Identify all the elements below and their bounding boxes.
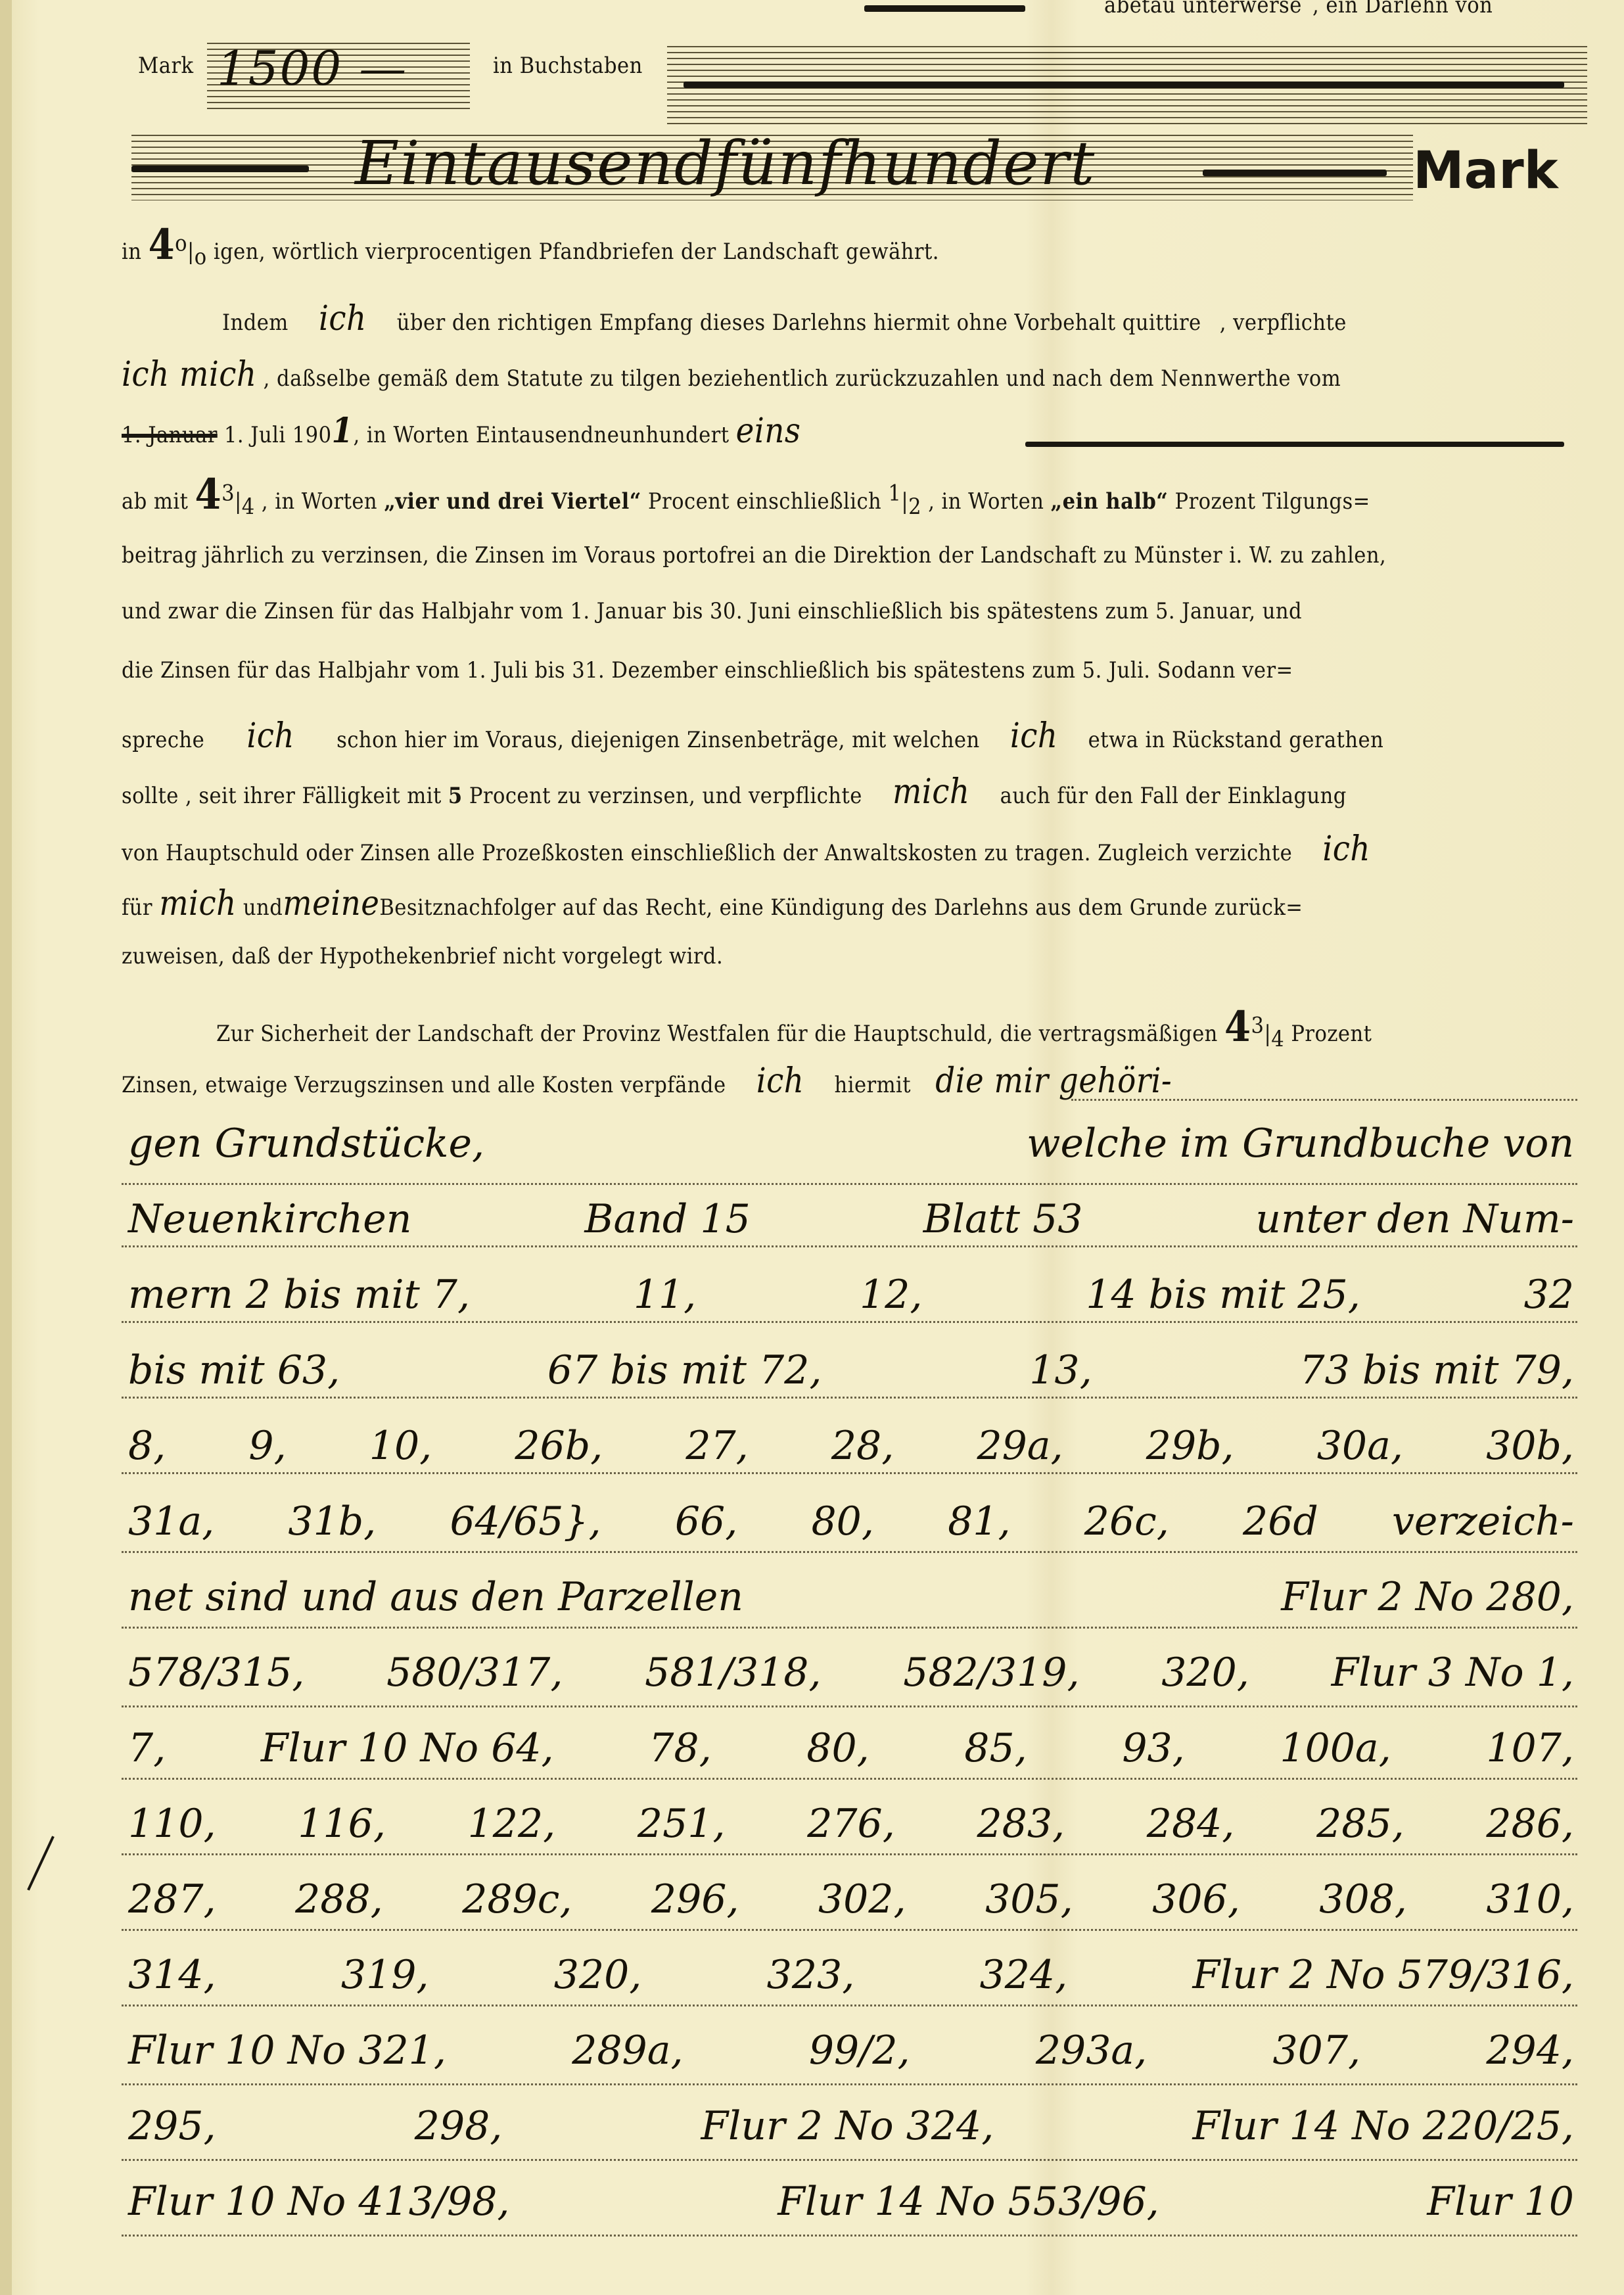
hw-row-13: Flur 10 No 321,289a,99/2,293a,307,294, <box>128 2028 1574 2074</box>
dash-right <box>1203 170 1387 176</box>
hw-row-8: 578/315,580/317,581/318,582/319,320,Flur… <box>128 1650 1574 1696</box>
amount-unit: Mark <box>1413 141 1558 200</box>
hw-row-1: gen Grundstücke,welche im Grundbuche von <box>128 1121 1574 1167</box>
dotted-rule <box>122 1183 1577 1185</box>
page-edge <box>0 0 12 2295</box>
hw-row-9: 7,Flur 10 No 64,78,80,85,93,100a,107, <box>128 1725 1574 1771</box>
p1-line-10: von Hauptschuld oder Zinsen alle Prozeßk… <box>122 829 1435 869</box>
dotted-rule <box>122 2005 1577 2006</box>
amount-digits: 1500 — <box>217 41 407 96</box>
dotted-rule <box>122 1929 1577 1931</box>
amount-words: Eintausendfünfhundert <box>355 128 1096 198</box>
p1-line-9: sollte , seit ihrer Fälligkeit mit 5 Pro… <box>122 772 1435 812</box>
p1-line-11: für mich undmeineBesitznachfolger auf da… <box>122 884 1435 923</box>
hw-row-10: 110,116,122,251,276,283,284,285,286, <box>128 1801 1574 1847</box>
p1-line-5: beitrag jährlich zu verzinsen, die Zinse… <box>122 542 1435 568</box>
p1-line-1: Indem ich über den richtigen Empfang die… <box>122 299 1535 338</box>
hw-row-4: bis mit 63,67 bis mit 72,13,73 bis mit 7… <box>128 1347 1574 1393</box>
dotted-rule <box>122 1705 1577 1707</box>
p1-line-4: ab mit 43|4 , in Worten „vier und drei V… <box>122 470 1435 520</box>
p2-line-2: Zinsen, etwaige Verzugszinsen und alle K… <box>122 1061 1435 1101</box>
hw-row-6: 31a,31b,64/65},66,80,81,26c,26dverzeich- <box>128 1498 1574 1544</box>
amount-prefix: Mark <box>138 53 194 79</box>
letters-fill-bar <box>684 81 1564 88</box>
hw-row-15: Flur 10 No 413/98,Flur 14 No 553/96,Flur… <box>128 2179 1574 2225</box>
fill-bar <box>864 5 1025 12</box>
dotted-rule <box>122 1321 1577 1323</box>
amount-letters-label: in Buchstaben <box>493 53 643 79</box>
p1-line-2: ich mich , daßselbe gemäß dem Statute zu… <box>122 355 1435 394</box>
hw-row-5: 8,9,10,26b,27,28,29a,29b,30a,30b, <box>128 1423 1574 1469</box>
pfandbrief-line: in 4o|o igen, wörtlich vierprocentigen P… <box>122 220 939 270</box>
fill-bar-year <box>1025 442 1564 447</box>
dotted-rule <box>122 1245 1577 1247</box>
dotted-rule <box>122 2083 1577 2085</box>
dotted-rule <box>122 1397 1577 1399</box>
dotted-rule <box>122 2235 1577 2237</box>
dash-left <box>131 166 309 172</box>
hw-row-11: 287,288,289c,296,302,305,306,308,310, <box>128 1876 1574 1922</box>
p1-line-6: und zwar die Zinsen für das Halbjahr vom… <box>122 598 1435 624</box>
dotted-rule <box>122 1853 1577 1855</box>
hw-row-2: NeuenkirchenBand 15Blatt 53unter den Num… <box>128 1196 1574 1242</box>
dotted-rule <box>1071 1099 1577 1101</box>
margin-mark <box>27 1836 55 1890</box>
hw-row-14: 295,298,Flur 2 No 324,Flur 14 No 220/25, <box>128 2103 1574 2149</box>
dotted-rule <box>122 1551 1577 1553</box>
p1-line-7: die Zinsen für das Halbjahr vom 1. Juli … <box>122 657 1435 684</box>
dotted-rule <box>122 2159 1577 2161</box>
p1-line-12: zuweisen, daß der Hypothekenbrief nicht … <box>122 943 1435 969</box>
p1-line-8: spreche ich schon hier im Voraus, diejen… <box>122 716 1435 756</box>
hw-row-7: net sind und aus den ParzellenFlur 2 No … <box>128 1574 1574 1620</box>
dotted-rule <box>122 1778 1577 1780</box>
p2-line-1: Zur Sicherheit der Landschaft der Provin… <box>122 1002 1529 1052</box>
dotted-rule <box>122 1627 1577 1629</box>
dotted-rule <box>122 1472 1577 1474</box>
hw-row-12: 314,319,320,323,324,Flur 2 No 579/316, <box>128 1952 1574 1998</box>
top-line-text: abetau unterwerse, ein Darlehn von <box>1104 0 1493 18</box>
hw-row-3: mern 2 bis mit 7,11,12,14 bis mit 25,32 <box>128 1272 1574 1318</box>
